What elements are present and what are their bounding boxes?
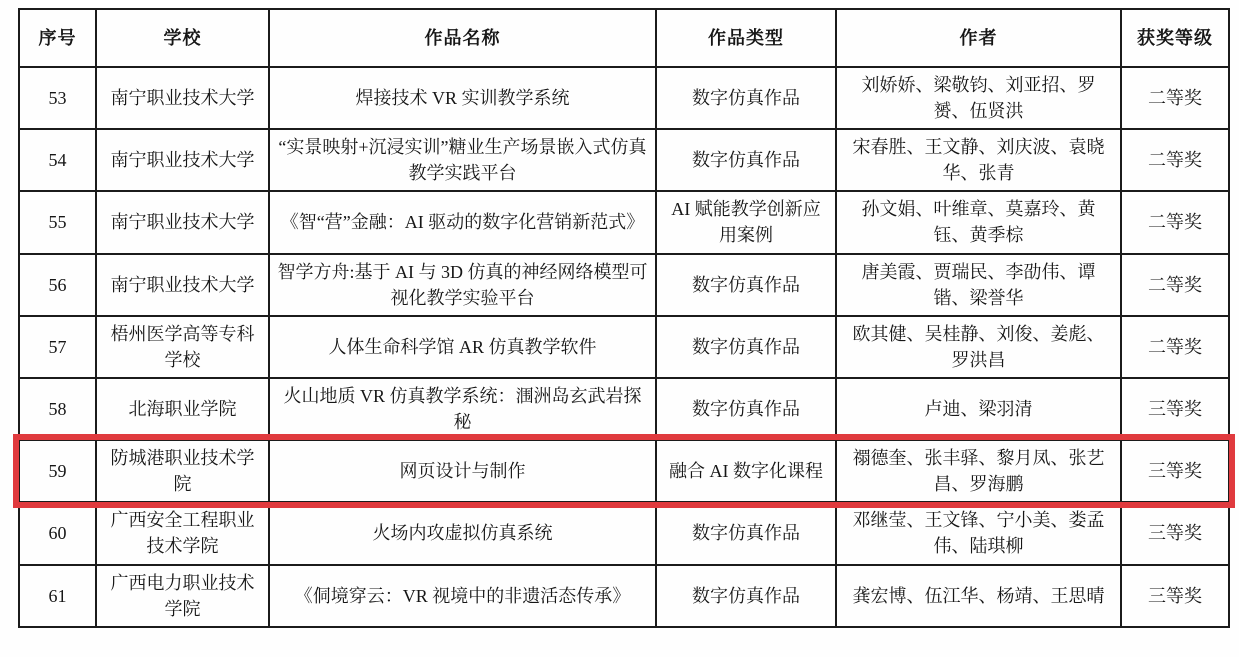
cell-type: 数字仿真作品 <box>656 565 836 627</box>
column-header-3: 作品类型 <box>656 9 836 67</box>
cell-award: 二等奖 <box>1121 254 1229 316</box>
cell-authors: 唐美霞、贾瑞民、李劭伟、谭锴、梁誉华 <box>836 254 1121 316</box>
document-page: 序号学校作品名称作品类型作者获奖等级 53南宁职业技术大学焊接技术 VR 实训教… <box>0 0 1239 657</box>
cell-no: 59 <box>19 440 96 502</box>
cell-type: 数字仿真作品 <box>656 129 836 191</box>
cell-title: 人体生命科学馆 AR 仿真教学软件 <box>269 316 656 378</box>
cell-title: 火山地质 VR 仿真教学系统：涠洲岛玄武岩探秘 <box>269 378 656 440</box>
cell-title: “实景映射+沉浸实训”糖业生产场景嵌入式仿真教学实践平台 <box>269 129 656 191</box>
column-header-4: 作者 <box>836 9 1121 67</box>
table-row: 57梧州医学高等专科学校人体生命科学馆 AR 仿真教学软件数字仿真作品欧其健、吴… <box>19 316 1229 378</box>
table-row: 55南宁职业技术大学《智“营”金融：AI 驱动的数字化营销新范式》AI 赋能教学… <box>19 191 1229 253</box>
cell-type: 数字仿真作品 <box>656 316 836 378</box>
cell-title: 智学方舟:基于 AI 与 3D 仿真的神经网络模型可视化教学实验平台 <box>269 254 656 316</box>
cell-school: 南宁职业技术大学 <box>96 191 269 253</box>
table-row: 56南宁职业技术大学智学方舟:基于 AI 与 3D 仿真的神经网络模型可视化教学… <box>19 254 1229 316</box>
column-header-1: 学校 <box>96 9 269 67</box>
table-body: 53南宁职业技术大学焊接技术 VR 实训教学系统数字仿真作品刘娇娇、梁敬钧、刘亚… <box>19 67 1229 627</box>
cell-school: 广西电力职业技术学院 <box>96 565 269 627</box>
column-header-2: 作品名称 <box>269 9 656 67</box>
cell-title: 《智“营”金融：AI 驱动的数字化营销新范式》 <box>269 191 656 253</box>
cell-no: 58 <box>19 378 96 440</box>
cell-award: 二等奖 <box>1121 316 1229 378</box>
cell-no: 54 <box>19 129 96 191</box>
cell-authors: 宋春胜、王文静、刘庆波、袁晓华、张青 <box>836 129 1121 191</box>
cell-authors: 龚宏博、伍江华、杨靖、王思晴 <box>836 565 1121 627</box>
cell-authors: 孙文娟、叶维章、莫嘉玲、黄钰、黄季棕 <box>836 191 1121 253</box>
cell-no: 61 <box>19 565 96 627</box>
cell-no: 60 <box>19 502 96 564</box>
table-row: 60广西安全工程职业技术学院火场内攻虚拟仿真系统数字仿真作品邓继莹、王文锋、宁小… <box>19 502 1229 564</box>
cell-school: 梧州医学高等专科学校 <box>96 316 269 378</box>
cell-award: 三等奖 <box>1121 378 1229 440</box>
cell-school: 防城港职业技术学院 <box>96 440 269 502</box>
cell-award: 二等奖 <box>1121 67 1229 129</box>
cell-award: 二等奖 <box>1121 191 1229 253</box>
cell-authors: 欧其健、吴桂静、刘俊、姜彪、罗洪昌 <box>836 316 1121 378</box>
cell-school: 广西安全工程职业技术学院 <box>96 502 269 564</box>
cell-authors: 卢迪、梁羽清 <box>836 378 1121 440</box>
cell-award: 三等奖 <box>1121 440 1229 502</box>
cell-no: 57 <box>19 316 96 378</box>
cell-school: 北海职业学院 <box>96 378 269 440</box>
cell-award: 二等奖 <box>1121 129 1229 191</box>
cell-school: 南宁职业技术大学 <box>96 129 269 191</box>
cell-no: 53 <box>19 67 96 129</box>
cell-no: 56 <box>19 254 96 316</box>
cell-type: 数字仿真作品 <box>656 254 836 316</box>
cell-title: 焊接技术 VR 实训教学系统 <box>269 67 656 129</box>
cell-title: 网页设计与制作 <box>269 440 656 502</box>
table-row: 58北海职业学院火山地质 VR 仿真教学系统：涠洲岛玄武岩探秘数字仿真作品卢迪、… <box>19 378 1229 440</box>
cell-authors: 禤德奎、张丰驿、黎月凤、张艺昌、罗海鹏 <box>836 440 1121 502</box>
cell-authors: 邓继莹、王文锋、宁小美、娄孟伟、陆琪柳 <box>836 502 1121 564</box>
cell-no: 55 <box>19 191 96 253</box>
cell-authors: 刘娇娇、梁敬钧、刘亚招、罗赟、伍贤洪 <box>836 67 1121 129</box>
cell-title: 《侗境穿云：VR 视境中的非遗活态传承》 <box>269 565 656 627</box>
table-row: 61广西电力职业技术学院《侗境穿云：VR 视境中的非遗活态传承》数字仿真作品龚宏… <box>19 565 1229 627</box>
cell-school: 南宁职业技术大学 <box>96 254 269 316</box>
header-row: 序号学校作品名称作品类型作者获奖等级 <box>19 9 1229 67</box>
cell-school: 南宁职业技术大学 <box>96 67 269 129</box>
cell-type: 融合 AI 数字化课程 <box>656 440 836 502</box>
cell-type: 数字仿真作品 <box>656 378 836 440</box>
cell-award: 三等奖 <box>1121 565 1229 627</box>
cell-type: 数字仿真作品 <box>656 67 836 129</box>
column-header-5: 获奖等级 <box>1121 9 1229 67</box>
table-header: 序号学校作品名称作品类型作者获奖等级 <box>19 9 1229 67</box>
table-row-highlighted: 59防城港职业技术学院网页设计与制作融合 AI 数字化课程禤德奎、张丰驿、黎月凤… <box>19 440 1229 502</box>
cell-award: 三等奖 <box>1121 502 1229 564</box>
cell-title: 火场内攻虚拟仿真系统 <box>269 502 656 564</box>
column-header-0: 序号 <box>19 9 96 67</box>
table-row: 54南宁职业技术大学“实景映射+沉浸实训”糖业生产场景嵌入式仿真教学实践平台数字… <box>19 129 1229 191</box>
table-row: 53南宁职业技术大学焊接技术 VR 实训教学系统数字仿真作品刘娇娇、梁敬钧、刘亚… <box>19 67 1229 129</box>
awards-table: 序号学校作品名称作品类型作者获奖等级 53南宁职业技术大学焊接技术 VR 实训教… <box>18 8 1230 628</box>
cell-type: AI 赋能教学创新应用案例 <box>656 191 836 253</box>
cell-type: 数字仿真作品 <box>656 502 836 564</box>
